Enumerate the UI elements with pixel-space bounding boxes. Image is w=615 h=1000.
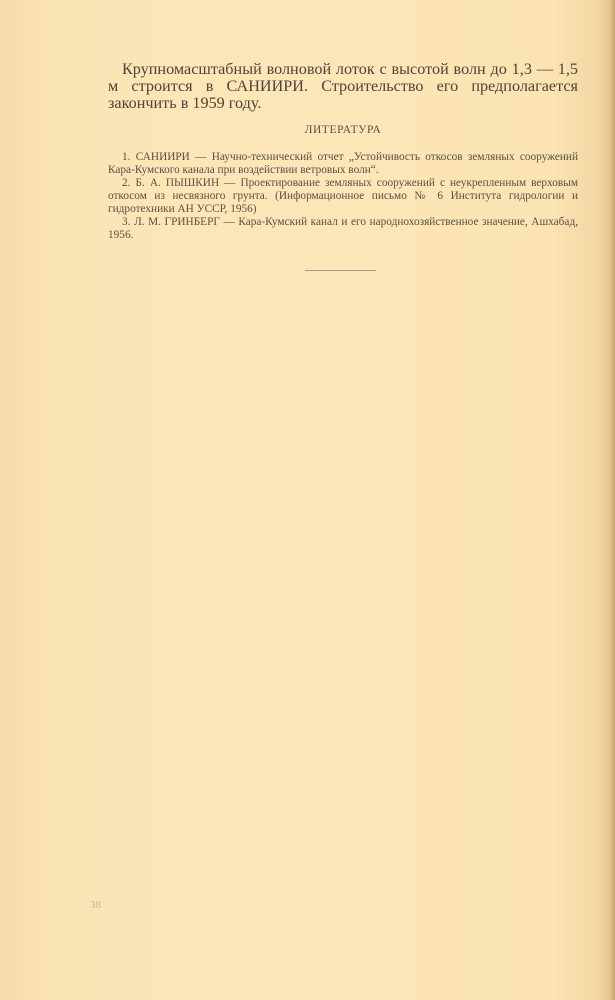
reference-number: 1. (108, 151, 130, 163)
reference-author: Б. А. ПЫШКИН (136, 177, 220, 189)
scanned-page (0, 0, 615, 1000)
references-list: 1. САНИИРИ — Научно-технический отчет „У… (108, 151, 578, 242)
reference-item: 2. Б. А. ПЫШКИН — Проектирование земляны… (108, 177, 578, 216)
paragraph-line-3: в 1959 году. (181, 94, 262, 112)
page-number: 38 (90, 899, 101, 911)
body-paragraph: Крупномасштабный волновой лоток с высото… (108, 61, 578, 112)
section-divider (305, 270, 376, 271)
reference-number: 3. (108, 216, 130, 228)
reference-author: Л. М. ГРИНБЕРГ (134, 216, 220, 228)
reference-item: 1. САНИИРИ — Научно-технический отчет „У… (108, 151, 578, 177)
reference-item: 3. Л. М. ГРИНБЕРГ — Кара-Кумский канал и… (108, 216, 578, 242)
references-heading: ЛИТЕРАТУРА (108, 124, 578, 136)
paragraph-line-2: строится в САНИИРИ. Строительство его пр… (108, 77, 578, 112)
book-spine-edge (610, 0, 615, 1000)
reference-number: 2. (108, 177, 130, 189)
reference-author: САНИИРИ (136, 151, 190, 163)
